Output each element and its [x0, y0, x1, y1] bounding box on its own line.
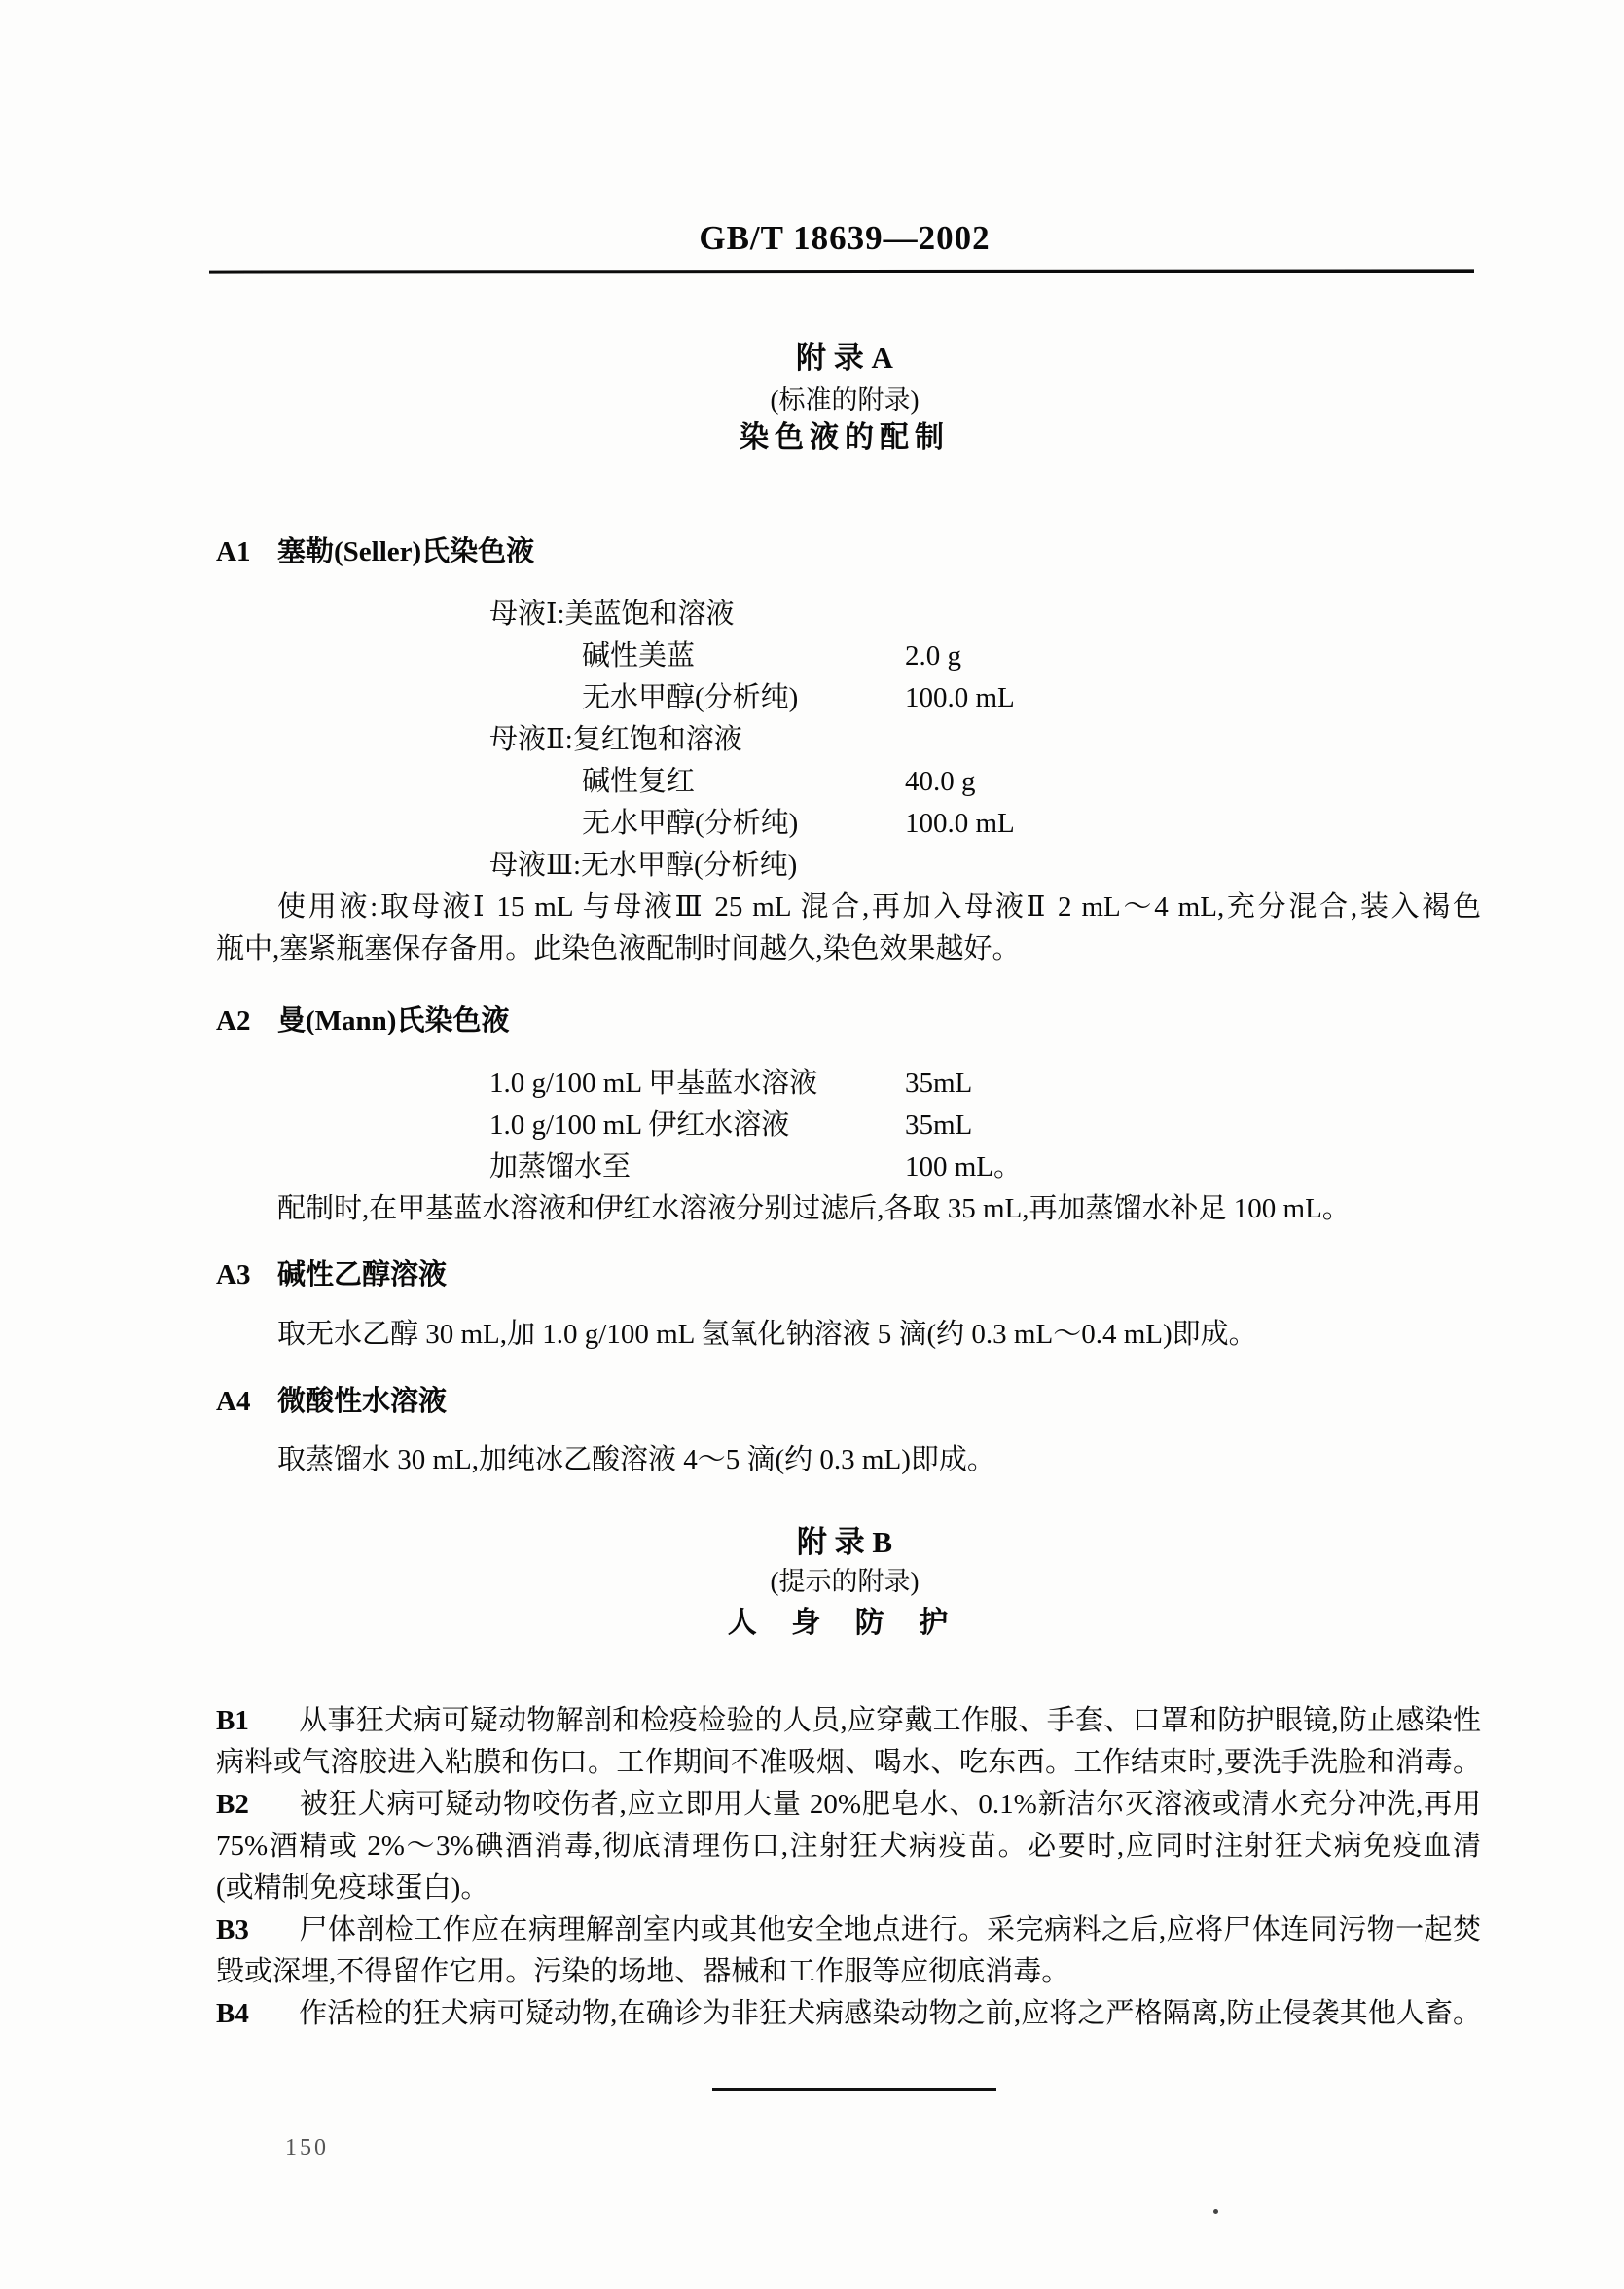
- paragraph-b3-text: 尸体剖检工作应在病理解剖室内或其他安全地点进行。采完病料之后,应将尸体连同污物一…: [299, 1914, 1481, 1945]
- section-a3-label: A3: [216, 1257, 277, 1292]
- paragraph-b2-line: B2被狂犬病可疑动物咬伤者,应立即用大量 20%肥皂水、0.1%新洁尔灭溶液或清…: [216, 1787, 1481, 1822]
- reagent-name: 1.0 g/100 mL 甲基蓝水溶液: [489, 1066, 817, 1101]
- section-a3-body: 取无水乙醇 30 mL,加 1.0 g/100 mL 氢氧化钠溶液 5 滴(约 …: [277, 1317, 1481, 1352]
- section-a1-label: A1: [216, 534, 277, 569]
- paragraph-b3-label: B3: [216, 1912, 299, 1947]
- appendix-a-title: 附 录 A: [212, 341, 1477, 376]
- appendix-b-title: 附 录 B: [212, 1525, 1477, 1560]
- reagent-amount: 2.0 g: [905, 638, 961, 673]
- section-a4-body: 取蒸馏水 30 mL,加纯冰乙酸溶液 4～5 滴(约 0.3 mL)即成。: [277, 1442, 1481, 1477]
- paragraph-b2-text: 被狂犬病可疑动物咬伤者,应立即用大量 20%肥皂水、0.1%新洁尔灭溶液或清水充…: [299, 1789, 1481, 1820]
- stock-solution-name: 母液Ⅱ:复红饱和溶液: [489, 722, 742, 757]
- appendix-a-heading: 染色液的配制: [212, 420, 1477, 455]
- section-a3-title: 碱性乙醇溶液: [277, 1259, 447, 1290]
- preparation-note: 配制时,在甲基蓝水溶液和伊红水溶液分别过滤后,各取 35 mL,再加蒸馏水补足 …: [277, 1191, 1481, 1226]
- paragraph-b1-label: B1: [216, 1703, 299, 1738]
- section-a3-heading: A3碱性乙醇溶液: [216, 1257, 1481, 1292]
- section-a4-label: A4: [216, 1384, 277, 1419]
- paragraph-b2-label: B2: [216, 1787, 299, 1822]
- reagent-name: 碱性复红: [582, 764, 695, 799]
- document-page: GB/T 18639—2002 附 录 A (标准的附录) 染色液的配制 A1塞…: [0, 0, 1624, 2289]
- reagent-name: 无水甲醇(分析纯): [582, 680, 798, 715]
- section-a2-title: 曼(Mann)氏染色液: [277, 1005, 509, 1036]
- section-a1-heading: A1塞勒(Seller)氏染色液: [216, 534, 1481, 569]
- reagent-amount: 35mL: [905, 1108, 972, 1143]
- paragraph-b2-line: (或精制免疫球蛋白)。: [216, 1871, 1481, 1906]
- appendix-b-heading: 人 身 防 护: [212, 1606, 1477, 1641]
- header-rule: [209, 269, 1474, 273]
- standard-number: GB/T 18639—2002: [212, 221, 1477, 256]
- section-a1-title: 塞勒(Seller)氏染色液: [277, 536, 534, 567]
- reagent-amount: 40.0 g: [905, 764, 976, 799]
- page-number: 150: [285, 2135, 329, 2162]
- reagent-name: 无水甲醇(分析纯): [582, 806, 798, 841]
- reagent-amount: 100.0 mL: [905, 680, 1015, 715]
- stock-solution-name: 母液Ⅰ:美蓝饱和溶液: [489, 597, 735, 632]
- usage-instructions-line: 瓶中,塞紧瓶塞保存备用。此染色液配制时间越久,染色效果越好。: [216, 931, 1481, 966]
- reagent-amount: 35mL: [905, 1066, 972, 1101]
- section-a4-heading: A4微酸性水溶液: [216, 1384, 1481, 1419]
- usage-instructions-line: 使用液:取母液Ⅰ 15 mL 与母液Ⅲ 25 mL 混合,再加入母液Ⅱ 2 mL…: [277, 890, 1481, 925]
- paragraph-b4-line: B4作活检的狂犬病可疑动物,在确诊为非狂犬病感染动物之前,应将之严格隔离,防止侵…: [216, 1996, 1481, 2031]
- section-a2-label: A2: [216, 1003, 277, 1038]
- reagent-name: 加蒸馏水至: [489, 1149, 631, 1184]
- appendix-b-subtitle: (提示的附录): [212, 1564, 1477, 1599]
- appendix-a-subtitle: (标准的附录): [212, 382, 1477, 418]
- paragraph-b3-line: B3尸体剖检工作应在病理解剖室内或其他安全地点进行。采完病料之后,应将尸体连同污…: [216, 1912, 1481, 1947]
- paragraph-b4-text: 作活检的狂犬病可疑动物,在确诊为非狂犬病感染动物之前,应将之严格隔离,防止侵袭其…: [299, 1998, 1481, 2029]
- section-a2-heading: A2曼(Mann)氏染色液: [216, 1003, 1481, 1038]
- paragraph-b1-text: 从事狂犬病可疑动物解剖和检疫检验的人员,应穿戴工作服、手套、口罩和防护眼镜,防止…: [299, 1705, 1481, 1736]
- reagent-amount: 100.0 mL: [905, 806, 1015, 841]
- paragraph-b1-line: B1从事狂犬病可疑动物解剖和检疫检验的人员,应穿戴工作服、手套、口罩和防护眼镜,…: [216, 1703, 1481, 1738]
- scan-artifact-dot: [1213, 2209, 1218, 2214]
- paragraph-b2-line: 75%酒精或 2%～3%碘酒消毒,彻底清理伤口,注射狂犬病疫苗。必要时,应同时注…: [216, 1829, 1481, 1864]
- paragraph-b4-label: B4: [216, 1996, 299, 2031]
- stock-solution-name: 母液Ⅲ:无水甲醇(分析纯): [489, 848, 797, 883]
- paragraph-b3-line: 毁或深埋,不得留作它用。污染的场地、器械和工作服等应彻底消毒。: [216, 1954, 1481, 1989]
- reagent-name: 1.0 g/100 mL 伊红水溶液: [489, 1108, 789, 1143]
- end-of-text-rule: [712, 2088, 996, 2091]
- reagent-name: 碱性美蓝: [582, 638, 695, 673]
- paragraph-b1-line: 病料或气溶胶进入粘膜和伤口。工作期间不准吸烟、喝水、吃东西。工作结束时,要洗手洗…: [216, 1745, 1481, 1780]
- reagent-amount: 100 mL。: [905, 1149, 1022, 1184]
- section-a4-title: 微酸性水溶液: [277, 1386, 447, 1417]
